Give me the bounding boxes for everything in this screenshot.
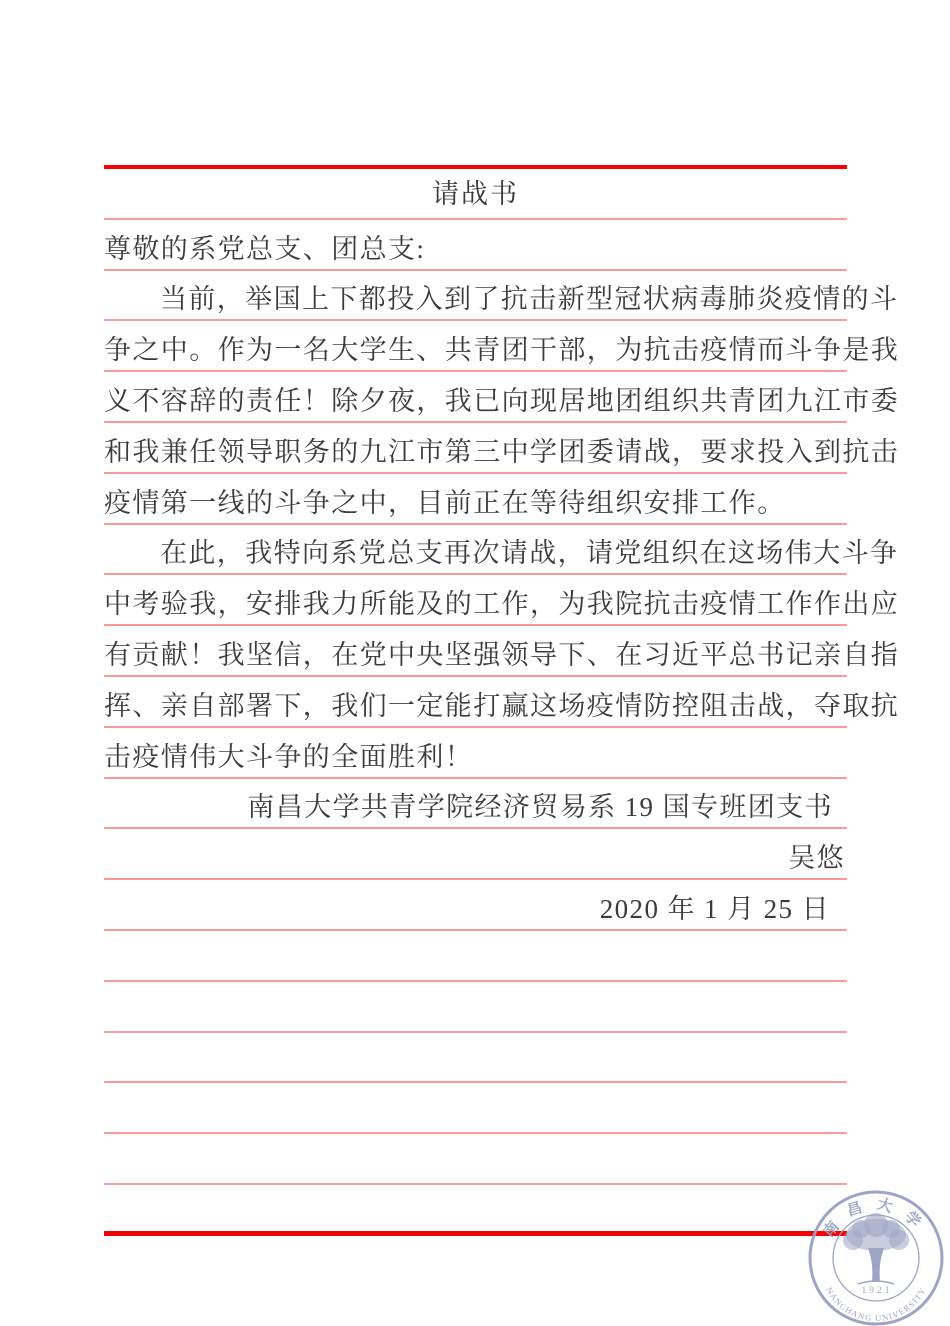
body-line: 和我兼任领导职务的九江市第三中学团委请战，要求投入到抗击 (104, 423, 847, 474)
letter-sheet: 请战书 尊敬的系党总支、团总支: 当前，举国上下都投入到了抗击新型冠状病毒肺炎疫… (0, 0, 950, 1326)
body-line: 当前，举国上下都投入到了抗击新型冠状病毒肺炎疫情的斗 (104, 271, 847, 322)
body-line: 击疫情伟大斗争的全面胜利！ (104, 728, 847, 779)
body-line: 义不容辞的责任！除夕夜，我已向现居地团组织共青团九江市委 (104, 372, 847, 423)
ruled-area: 请战书 尊敬的系党总支、团总支: 当前，举国上下都投入到了抗击新型冠状病毒肺炎疫… (104, 165, 847, 1236)
empty-line (104, 931, 847, 982)
body-line: 在此，我特向系党总支再次请战，请党组织在这场伟大斗争 (104, 525, 847, 576)
empty-line-last (104, 1185, 847, 1236)
signature-affiliation: 南昌大学共青学院经济贸易系 19 国专班团支书 (104, 779, 847, 830)
body-line: 疫情第一线的斗争之中，目前正在等待组织安排工作。 (104, 474, 847, 525)
seal-tree-icon (843, 1213, 909, 1284)
letter-title: 请战书 (104, 169, 847, 220)
body-line: 挥、亲自部署下，我们一定能打赢这场疫情防控阻击战，夺取抗 (104, 677, 847, 728)
body-line: 争之中。作为一名大学生、共青团干部，为抗击疫情而斗争是我 (104, 321, 847, 372)
salutation-line: 尊敬的系党总支、团总支: (104, 220, 847, 271)
body-line: 中考验我，安排我力所能及的工作，为我院抗击疫情工作作出应 (104, 575, 847, 626)
seal-year: 1921 (862, 1286, 893, 1296)
signature-date: 2020 年 1 月 25 日 (104, 880, 847, 931)
empty-line (104, 982, 847, 1033)
empty-line (104, 1134, 847, 1185)
signer-name: 吴悠 (104, 829, 847, 880)
empty-line (104, 1083, 847, 1134)
university-seal: 南昌大学 NANCHANG UNIVERSITY 1921 (806, 1188, 946, 1326)
empty-line (104, 1033, 847, 1084)
body-line: 有贡献！我坚信，在党中央坚强领导下、在习近平总书记亲自指 (104, 626, 847, 677)
